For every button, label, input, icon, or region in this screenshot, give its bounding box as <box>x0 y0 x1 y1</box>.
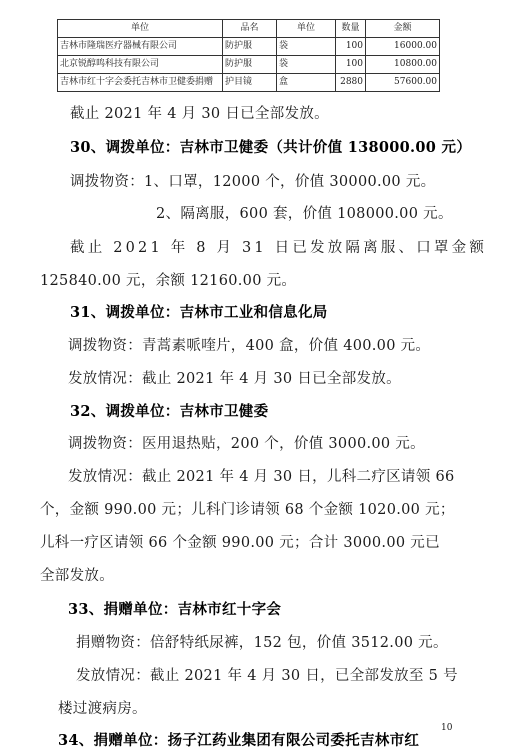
table-row: 北京锐醇鸣科技有限公司 防护服 袋 100 10800.00 <box>58 56 440 74</box>
header-measure-unit: 单位 <box>277 20 336 38</box>
paragraph-line: 调拨物资：青蒿素哌喹片，400 盒，价值 400.00 元。 <box>68 334 430 355</box>
section-heading-32: 32、调拨单位：吉林市卫健委 <box>70 400 268 421</box>
paragraph-line: 125840.00 元，余额 12160.00 元。 <box>40 269 296 290</box>
paragraph-line: 发放情况：截止 2021 年 4 月 30 日，已全部发放至 5 号 <box>76 664 458 685</box>
header-unit: 单位 <box>58 20 223 38</box>
paragraph-line: 捐赠物资：倍舒特纸尿裤，152 包，价值 3512.00 元。 <box>76 631 448 652</box>
cell-unit: 吉林市隆瑞医疗器械有限公司 <box>58 38 223 56</box>
cell-quantity: 100 <box>336 38 366 56</box>
section-heading-31: 31、调拨单位：吉林市工业和信息化局 <box>70 301 328 322</box>
cell-item-name: 防护服 <box>223 38 277 56</box>
cell-unit: 吉林市红十字会委托吉林市卫健委捐赠 <box>58 74 223 92</box>
paragraph-line: 调拨物资：1、口罩，12000 个，价值 30000.00 元。 <box>70 170 435 191</box>
header-item-name: 品名 <box>223 20 277 38</box>
paragraph-line: 截止 2021 年 4 月 30 日已全部发放。 <box>70 102 329 123</box>
paragraph-line: 2、隔离服，600 套，价值 108000.00 元。 <box>156 202 453 223</box>
cell-item-name: 防护服 <box>223 56 277 74</box>
cell-item-name: 护目镜 <box>223 74 277 92</box>
paragraph-line: 楼过渡病房。 <box>58 697 147 718</box>
page-number: 10 <box>441 723 452 733</box>
cell-measure-unit: 袋 <box>277 56 336 74</box>
header-amount: 金额 <box>366 20 440 38</box>
section-heading-30: 30、调拨单位：吉林市卫健委（共计价值 138000.00 元） <box>70 136 471 157</box>
paragraph-line: 个，金额 990.00 元；儿科门诊请领 68 个金额 1020.00 元； <box>40 498 455 519</box>
paragraph-line: 调拨物资：医用退热贴，200 个，价值 3000.00 元。 <box>68 432 425 453</box>
cell-amount: 57600.00 <box>366 74 440 92</box>
paragraph-line: 全部发放。 <box>40 564 114 585</box>
header-quantity: 数量 <box>336 20 366 38</box>
section-heading-34: 34、捐赠单位：扬子江药业集团有限公司委托吉林市红 <box>58 729 419 750</box>
cell-quantity: 100 <box>336 56 366 74</box>
cell-amount: 10800.00 <box>366 56 440 74</box>
table-row: 吉林市隆瑞医疗器械有限公司 防护服 袋 100 16000.00 <box>58 38 440 56</box>
paragraph-line: 截止 2021 年 8 月 31 日已发放隔离服、口罩金额 <box>70 236 487 257</box>
cell-measure-unit: 盒 <box>277 74 336 92</box>
table-row: 吉林市红十字会委托吉林市卫健委捐赠 护目镜 盒 2880 57600.00 <box>58 74 440 92</box>
cell-measure-unit: 袋 <box>277 38 336 56</box>
paragraph-line: 儿科一疗区请领 66 个金额 990.00 元；合计 3000.00 元已 <box>40 531 440 552</box>
paragraph-line: 发放情况：截止 2021 年 4 月 30 日已全部发放。 <box>68 367 401 388</box>
cell-amount: 16000.00 <box>366 38 440 56</box>
section-heading-33: 33、捐赠单位：吉林市红十字会 <box>68 598 281 619</box>
cell-quantity: 2880 <box>336 74 366 92</box>
table-header-row: 单位 品名 单位 数量 金额 <box>58 20 440 38</box>
donation-table: 单位 品名 单位 数量 金额 吉林市隆瑞医疗器械有限公司 防护服 袋 100 1… <box>57 19 440 92</box>
paragraph-line: 发放情况：截止 2021 年 4 月 30 日，儿科二疗区请领 66 <box>68 465 455 486</box>
cell-unit: 北京锐醇鸣科技有限公司 <box>58 56 223 74</box>
